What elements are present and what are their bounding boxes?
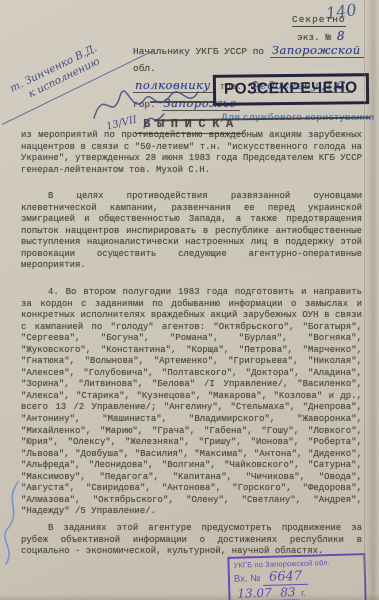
declassified-stamp: РОЗСЕКРЕЧЕНО bbox=[213, 73, 369, 106]
scanned-document-page: 140 Секретно экз. № 8 Начальнику УКГБ УС… bbox=[0, 0, 379, 600]
paragraph: из мероприятий по противодействию вражде… bbox=[21, 130, 362, 176]
region-handwritten: Запорожской bbox=[270, 43, 364, 58]
paragraph: В целях противодействия развязанной оуно… bbox=[21, 191, 362, 272]
classification-label: Секретно bbox=[292, 14, 346, 27]
signature bbox=[86, 68, 206, 132]
incoming-registration-stamp: УКГБ по Запорожской обл. Вх. № 6647 13.0… bbox=[227, 553, 366, 600]
incoming-year-handwritten: 83 bbox=[277, 585, 299, 600]
copy-number-value: 8 bbox=[337, 29, 345, 43]
incoming-number-handwritten: 6647 bbox=[263, 569, 309, 586]
paragraph: В заданиях этой агентуре предусмотреть п… bbox=[21, 523, 362, 558]
paragraph: 4. Во втором полугодии 1983 года подгото… bbox=[21, 287, 362, 518]
incoming-date-handwritten: 13.07 bbox=[234, 586, 275, 600]
copy-number-line: экз. № 8 bbox=[297, 29, 345, 43]
margin-mark-handwritten bbox=[0, 478, 28, 578]
stamp-date-line: 13.07 83 г. bbox=[234, 583, 360, 600]
document-body: из мероприятий по противодействию вражде… bbox=[21, 130, 362, 558]
